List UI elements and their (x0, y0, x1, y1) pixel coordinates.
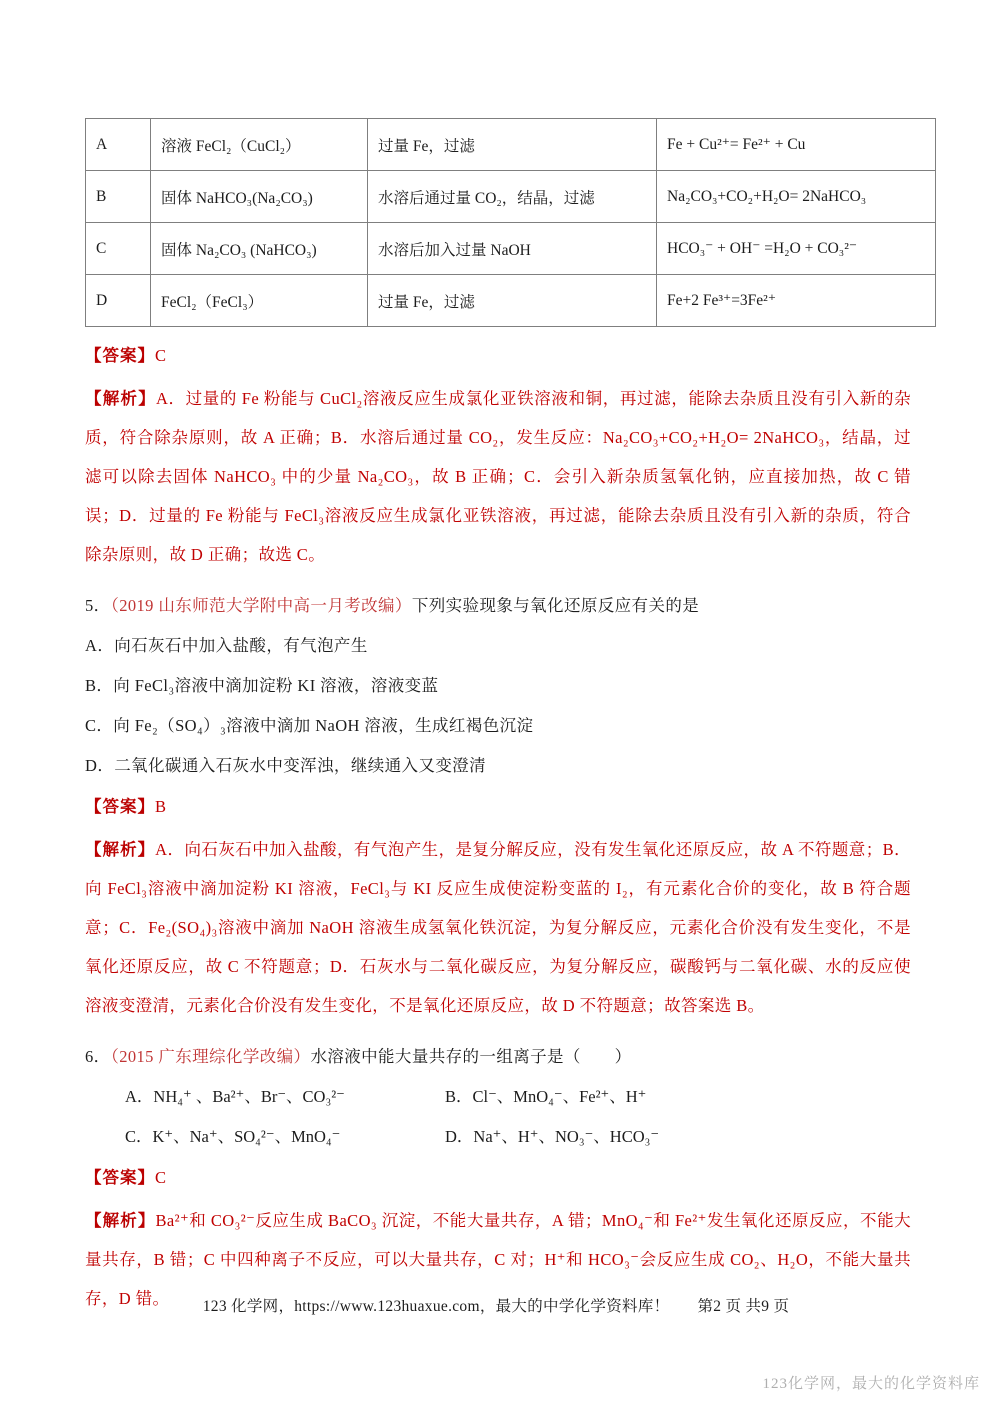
q5-answer-line: 【答案】B (85, 794, 911, 819)
q4-answer-line: 【答案】C (85, 343, 911, 368)
q6-source-citation: （2015 广东理综化学改编） (111, 1047, 311, 1066)
footer-site-info: 123 化学网，https://www.123huaxue.com，最大的中学化… (203, 1298, 670, 1315)
row-mixture: 溶液 FeCl₂（CuCl₂） (151, 119, 368, 171)
q6-answer-line: 【答案】C (85, 1165, 911, 1190)
q4-analysis: 【解析】A．过量的 Fe 粉能与 CuCl₂溶液反应生成氯化亚铁溶液和铜，再过滤… (85, 379, 911, 574)
analysis-label: 【解析】 (85, 840, 155, 859)
q4-analysis-text: A．过量的 Fe 粉能与 CuCl₂溶液反应生成氯化亚铁溶液和铜，再过滤，能除去… (85, 389, 911, 564)
q6-option-d: D．Na⁺、H⁺、NO₃⁻、HCO₃⁻ (445, 1124, 911, 1149)
q6-options-row-2: C．K⁺、Na⁺、SO₄²⁻、MnO₄⁻ D．Na⁺、H⁺、NO₃⁻、HCO₃⁻ (125, 1124, 911, 1149)
row-equation: Fe+2 Fe³⁺=3Fe²⁺ (657, 275, 936, 327)
row-operation: 过量 Fe，过滤 (368, 119, 657, 171)
q6-stem: 水溶液中能大量共存的一组离子是（ ） (310, 1047, 631, 1066)
q5-option-c: C．向 Fe₂（SO₄）₃溶液中滴加 NaOH 溶液，生成红褐色沉淀 (85, 713, 911, 738)
q6-number: 6． (85, 1047, 111, 1066)
q5-stem: 下列实验现象与氧化还原反应有关的是 (412, 596, 699, 615)
q6-options-grid: A．NH₄⁺ 、Ba²⁺、Br⁻、CO₃²⁻ B．Cl⁻、MnO₄⁻、Fe²⁺、… (125, 1084, 911, 1149)
table-row: B 固体 NaHCO₃(Na₂CO₃) 水溶后通过量 CO₂，结晶，过滤 Na₂… (86, 171, 936, 223)
q6-answer-value: C (155, 1168, 166, 1187)
row-mixture: 固体 NaHCO₃(Na₂CO₃) (151, 171, 368, 223)
row-operation: 水溶后通过量 CO₂，结晶，过滤 (368, 171, 657, 223)
table-row: C 固体 Na₂CO₃ (NaHCO₃) 水溶后加入过量 NaOH HCO₃⁻ … (86, 223, 936, 275)
row-mixture: 固体 Na₂CO₃ (NaHCO₃) (151, 223, 368, 275)
q5-analysis-text: A．向石灰石中加入盐酸，有气泡产生，是复分解反应，没有发生氧化还原反应，故 A … (85, 840, 911, 1015)
q5-option-a: A．向石灰石中加入盐酸，有气泡产生 (85, 633, 911, 658)
q5-stem-line: 5．（2019 山东师范大学附中高一月考改编）下列实验现象与氧化还原反应有关的是 (85, 593, 911, 618)
purification-table: A 溶液 FeCl₂（CuCl₂） 过量 Fe，过滤 Fe + Cu²⁺= Fe… (85, 118, 936, 327)
row-mixture: FeCl₂（FeCl₃） (151, 275, 368, 327)
q5-number: 5． (85, 596, 111, 615)
row-equation: HCO₃⁻ + OH⁻ =H₂O + CO₃²⁻ (657, 223, 936, 275)
row-operation: 水溶后加入过量 NaOH (368, 223, 657, 275)
answer-label: 【答案】 (85, 346, 155, 365)
answer-label: 【答案】 (85, 797, 155, 816)
answer-label: 【答案】 (85, 1168, 155, 1187)
q5-analysis: 【解析】A．向石灰石中加入盐酸，有气泡产生，是复分解反应，没有发生氧化还原反应，… (85, 830, 911, 1025)
q5-option-d: D．二氧化碳通入石灰水中变浑浊，继续通入又变澄清 (85, 753, 911, 778)
watermark-text: 123化学网，最大的化学资料库 (762, 1372, 980, 1393)
row-option-label: B (86, 171, 151, 223)
row-option-label: C (86, 223, 151, 275)
table-row: A 溶液 FeCl₂（CuCl₂） 过量 Fe，过滤 Fe + Cu²⁺= Fe… (86, 119, 936, 171)
q4-answer-value: C (155, 346, 166, 365)
q6-option-c: C．K⁺、Na⁺、SO₄²⁻、MnO₄⁻ (125, 1124, 445, 1149)
analysis-label: 【解析】 (85, 1211, 156, 1230)
page-footer: 123 化学网，https://www.123huaxue.com，最大的中学化… (0, 1294, 992, 1316)
table-row: D FeCl₂（FeCl₃） 过量 Fe，过滤 Fe+2 Fe³⁺=3Fe²⁺ (86, 275, 936, 327)
row-equation: Fe + Cu²⁺= Fe²⁺ + Cu (657, 119, 936, 171)
q6-option-b: B．Cl⁻、MnO₄⁻、Fe²⁺、H⁺ (445, 1084, 911, 1109)
document-page: A 溶液 FeCl₂（CuCl₂） 过量 Fe，过滤 Fe + Cu²⁺= Fe… (0, 0, 992, 1403)
q5-option-b: B．向 FeCl₃溶液中滴加淀粉 KI 溶液，溶液变蓝 (85, 673, 911, 698)
row-option-label: D (86, 275, 151, 327)
analysis-label: 【解析】 (85, 389, 156, 408)
q5-source-citation: （2019 山东师范大学附中高一月考改编） (111, 596, 412, 615)
page-content: A 溶液 FeCl₂（CuCl₂） 过量 Fe，过滤 Fe + Cu²⁺= Fe… (85, 118, 911, 1318)
row-operation: 过量 Fe，过滤 (368, 275, 657, 327)
q6-stem-line: 6．（2015 广东理综化学改编）水溶液中能大量共存的一组离子是（ ） (85, 1044, 911, 1069)
row-equation: Na₂CO₃+CO₂+H₂O= 2NaHCO₃ (657, 171, 936, 223)
footer-page-number: 第2 页 共9 页 (697, 1298, 789, 1315)
q6-options-row-1: A．NH₄⁺ 、Ba²⁺、Br⁻、CO₃²⁻ B．Cl⁻、MnO₄⁻、Fe²⁺、… (125, 1084, 911, 1109)
q5-answer-value: B (155, 797, 166, 816)
row-option-label: A (86, 119, 151, 171)
q6-option-a: A．NH₄⁺ 、Ba²⁺、Br⁻、CO₃²⁻ (125, 1084, 445, 1109)
